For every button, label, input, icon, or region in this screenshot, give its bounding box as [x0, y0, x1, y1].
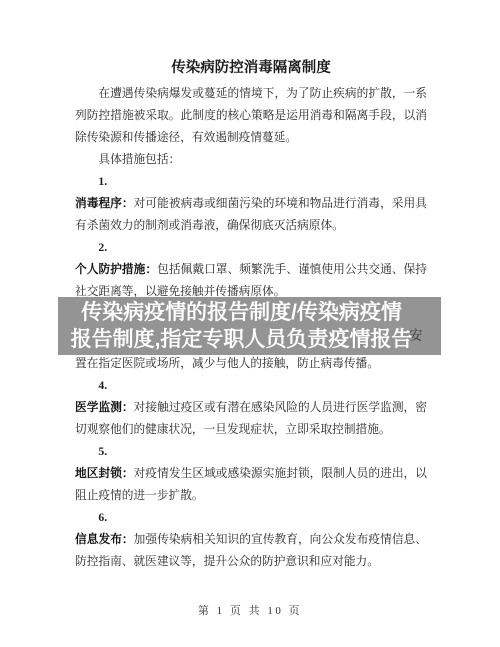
banner-title-line-2: 报告制度,指定专职人员负责疫情报告 — [71, 326, 413, 353]
document-page: 传染病防控消毒隔离制度 在遭遇传染病爆发或蔓延的情境下，为了防止疾病的扩散，一系… — [0, 0, 500, 647]
item-number-1: 1. — [75, 171, 427, 193]
obscured-text-fragment: 安 — [409, 329, 423, 343]
item-number-5: 5. — [75, 441, 427, 463]
item-paragraph-1: 消毒程序：对可能被病毒或细菌污染的环境和物品进行消毒，采用具有杀菌效力的制剂或消… — [75, 193, 427, 237]
banner-title-line-1: 传染病疫情的报告制度/传染病疫情 — [81, 299, 402, 326]
item-number-6: 6. — [75, 507, 427, 529]
item-3-partial-line: 置在指定医院或场所，减少与他人的接触，防止病毒传播。 — [75, 353, 427, 375]
item-heading-4: 医学监测： — [75, 401, 134, 414]
page-footer: 第 1 页 共 10 页 — [0, 604, 500, 618]
item-paragraph-6: 信息发布：加强传染病相关知识的宣传教育，向公众发布疫情信息、防控指南、就医建议等… — [75, 529, 427, 573]
item-heading-6: 信息发布： — [75, 533, 134, 546]
item-paragraph-4: 医学监测：对接触过疫区或有潜在感染风险的人员进行医学监测，密切观察他们的健康状况… — [75, 397, 427, 441]
measures-lead: 具体措施包括： — [75, 149, 427, 171]
item-number-2: 2. — [75, 237, 427, 259]
intro-paragraph: 在遭遇传染病爆发或蔓延的情境下，为了防止疾病的扩散，一系列防控措施被采取。此制度… — [75, 83, 427, 149]
item-number-4: 4. — [75, 375, 427, 397]
item-heading-1: 消毒程序： — [75, 197, 134, 210]
item-heading-5: 地区封锁： — [75, 467, 134, 480]
item-paragraph-5: 地区封锁：对疫情发生区域或感染源实施封锁，限制人员的进出，以阻止疫情的进一步扩散… — [75, 463, 427, 507]
item-heading-2: 个人防护措施： — [75, 263, 157, 276]
watermark-overlay-banner: 传染病疫情的报告制度/传染病疫情 报告制度,指定专职人员负责疫情报告 — [58, 297, 441, 355]
document-title: 传染病防控消毒隔离制度 — [75, 58, 427, 78]
